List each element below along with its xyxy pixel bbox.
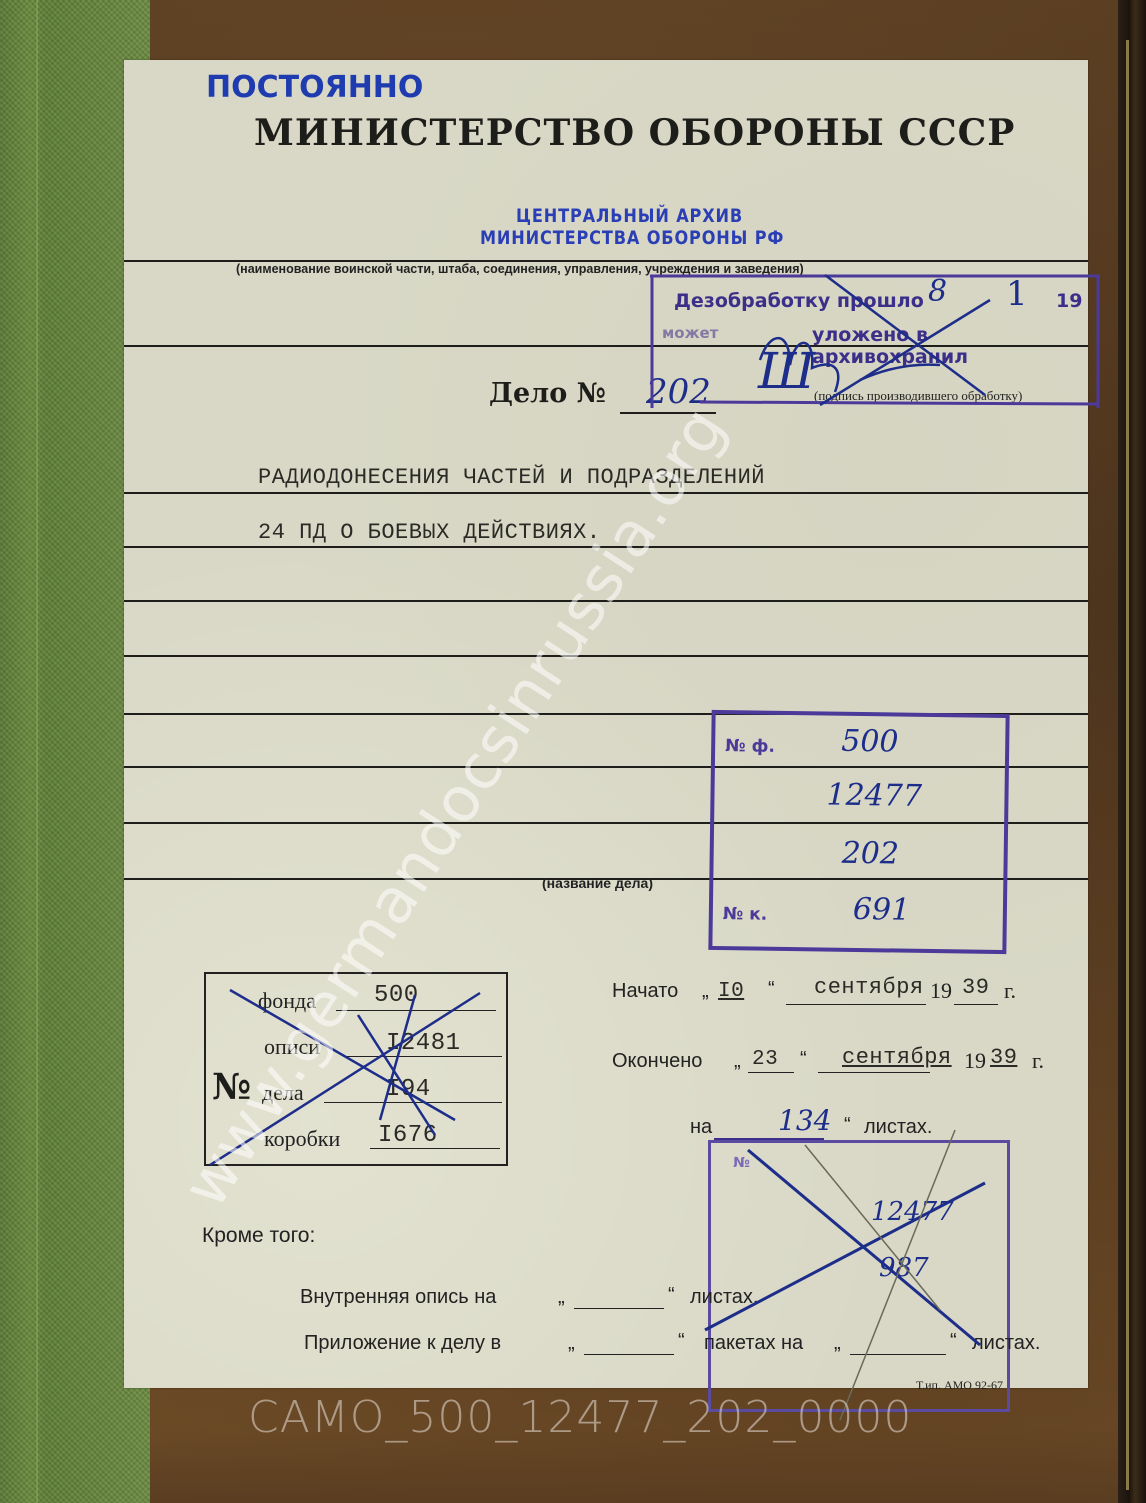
processing-midline xyxy=(124,345,1088,347)
processing-stamp-label: Дезобработку прошло xyxy=(674,290,924,312)
old-box-line xyxy=(370,1148,500,1149)
old-case-line xyxy=(324,1102,502,1103)
sheets-suffix: листах. xyxy=(864,1116,932,1139)
processing-line2-prefix: может xyxy=(662,324,718,342)
archive-fond-label: № ф. xyxy=(725,736,775,757)
old-inventory-value: I2481 xyxy=(386,1030,461,1057)
inventory-field xyxy=(574,1308,664,1309)
ended-month-line xyxy=(818,1072,930,1073)
archive-stamp-line2: МИНИСТЕРСТВА ОБОРОНЫ РФ xyxy=(480,227,784,249)
inventory-suffix: листах. xyxy=(690,1286,758,1309)
archive-case-value: 202 xyxy=(841,836,899,872)
started-year-suffix: г. xyxy=(1004,978,1016,1004)
ministry-title: МИНИСТЕРСТВО ОБОРОНЫ СССР xyxy=(254,112,1015,154)
started-day: I0 xyxy=(718,980,744,1003)
started-label: Начато xyxy=(612,980,678,1003)
inventory-label: Внутренняя опись на xyxy=(300,1286,496,1309)
processing-month: 1 xyxy=(1006,274,1028,314)
case-title-caption: (название дела) xyxy=(542,875,653,891)
started-month-line xyxy=(786,1004,926,1005)
crossed-no-sign: № xyxy=(733,1155,750,1171)
started-year-prefix: 19 xyxy=(930,978,952,1004)
old-case-value: I94 xyxy=(386,1076,431,1103)
crossed-stamp-box: № 12477 987 xyxy=(708,1140,1010,1412)
ended-year-suffix: г. xyxy=(1032,1048,1044,1074)
started-year-line xyxy=(954,1004,998,1005)
archive-box-label: № к. xyxy=(723,904,768,925)
crossed-value1: 12477 xyxy=(871,1197,954,1227)
attachment-sheets-field xyxy=(850,1354,946,1355)
processing-day: 8 xyxy=(928,274,947,309)
started-month: сентября xyxy=(814,975,924,1000)
signature-caption: (подпись производившего обработку) xyxy=(814,388,1022,404)
unit-caption: (наименование воинской части, штаба, сое… xyxy=(236,262,804,276)
archive-stamp-line1: ЦЕНТРАЛЬНЫЙ АРХИВ xyxy=(516,205,743,227)
attachment-packets-field xyxy=(584,1354,674,1355)
archive-inventory-value: 12477 xyxy=(826,778,922,814)
crossed-value2: 987 xyxy=(879,1253,929,1283)
processing-year-prefix: 19 xyxy=(1056,290,1082,312)
sheets-count: 134 xyxy=(778,1104,831,1137)
archive-reference-stamp: № ф. 500 12477 202 № к. 691 xyxy=(708,710,1009,954)
extras-heading: Кроме того: xyxy=(202,1224,315,1248)
attachment-label: Приложение к делу в xyxy=(304,1332,501,1355)
ended-day: 23 xyxy=(752,1048,778,1071)
title-line-4 xyxy=(124,655,1088,657)
archive-fond-value: 500 xyxy=(841,724,899,760)
ended-month: сентября xyxy=(842,1045,952,1070)
binding-seam xyxy=(36,0,38,1503)
ended-year-prefix: 19 xyxy=(964,1048,986,1074)
filename-overlay: CAMO_500_12477_202_0000 xyxy=(248,1392,912,1443)
folder-edge xyxy=(1118,0,1146,1503)
title-line-1 xyxy=(124,492,1088,494)
attachment-suffix: листах. xyxy=(972,1332,1040,1355)
retention-stamp: ПОСТОЯННО xyxy=(206,70,423,105)
case-number-label: Дело № xyxy=(489,378,606,409)
ended-label: Окончено xyxy=(612,1050,702,1073)
attachment-mid: пакетах на xyxy=(704,1332,803,1355)
old-box-value: I676 xyxy=(378,1122,438,1149)
ended-day-line xyxy=(748,1072,794,1073)
ended-year: 39 xyxy=(990,1045,1017,1070)
processing-signature: Ш xyxy=(758,342,815,400)
sheets-prefix: на xyxy=(690,1116,712,1139)
old-inventory-line xyxy=(346,1056,502,1057)
archive-box-value: 691 xyxy=(853,892,911,928)
case-cover-sheet: ПОСТОЯННО МИНИСТЕРСТВО ОБОРОНЫ СССР ЦЕНТ… xyxy=(124,60,1088,1388)
started-year: 39 xyxy=(962,975,989,1000)
print-code: Т.ип. АМО 92-67 xyxy=(916,1378,1003,1393)
case-title-line2: 24 ПД О БОЕВЫХ ДЕЙСТВИЯХ. xyxy=(258,520,601,545)
